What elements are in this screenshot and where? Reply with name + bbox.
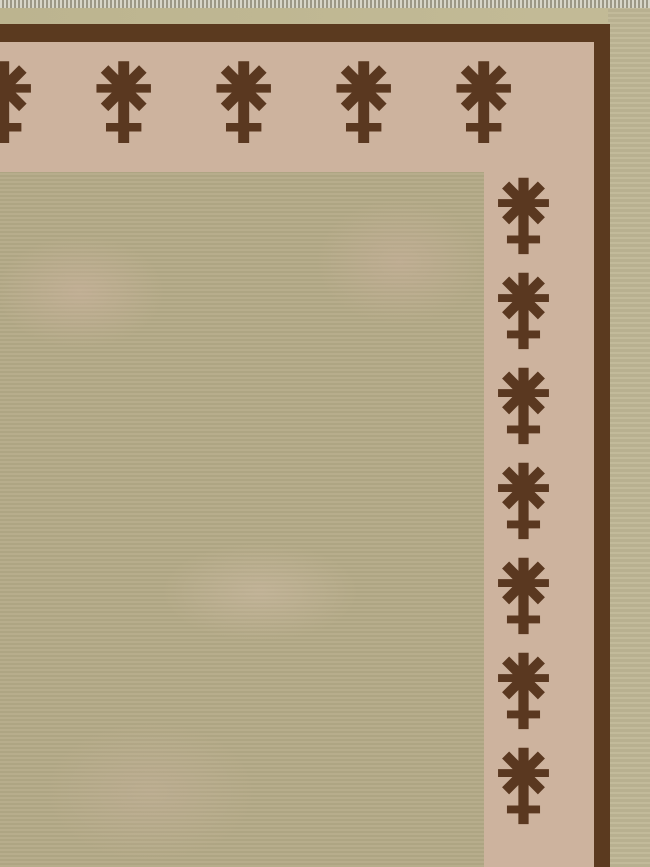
- motif-icon: ⚵: [492, 265, 555, 351]
- motif-icon: ⚵: [450, 52, 517, 144]
- motif-icon: ⚵: [90, 52, 157, 144]
- motif-icon: ⚵: [492, 360, 555, 446]
- motif-icon: ⚵: [492, 455, 555, 541]
- guard-line-top: [0, 24, 610, 42]
- rug-field: [0, 172, 484, 867]
- fringe: [0, 0, 650, 8]
- motif-icon: ⚵: [492, 645, 555, 731]
- motif-icon: ⚵: [492, 550, 555, 636]
- outer-guard-border-right: [608, 8, 650, 867]
- motif-icon: ⚵: [210, 52, 277, 144]
- rug-photo: ⚵ ⚵ ⚵ ⚵ ⚵ ⚵ ⚵ ⚵ ⚵ ⚵ ⚵ ⚵: [0, 0, 650, 867]
- motif-icon: ⚵: [492, 740, 555, 826]
- motif-icon: ⚵: [492, 170, 555, 256]
- motif-icon: ⚵: [330, 52, 397, 144]
- guard-line-right: [594, 24, 610, 867]
- motif-icon: ⚵: [0, 52, 37, 144]
